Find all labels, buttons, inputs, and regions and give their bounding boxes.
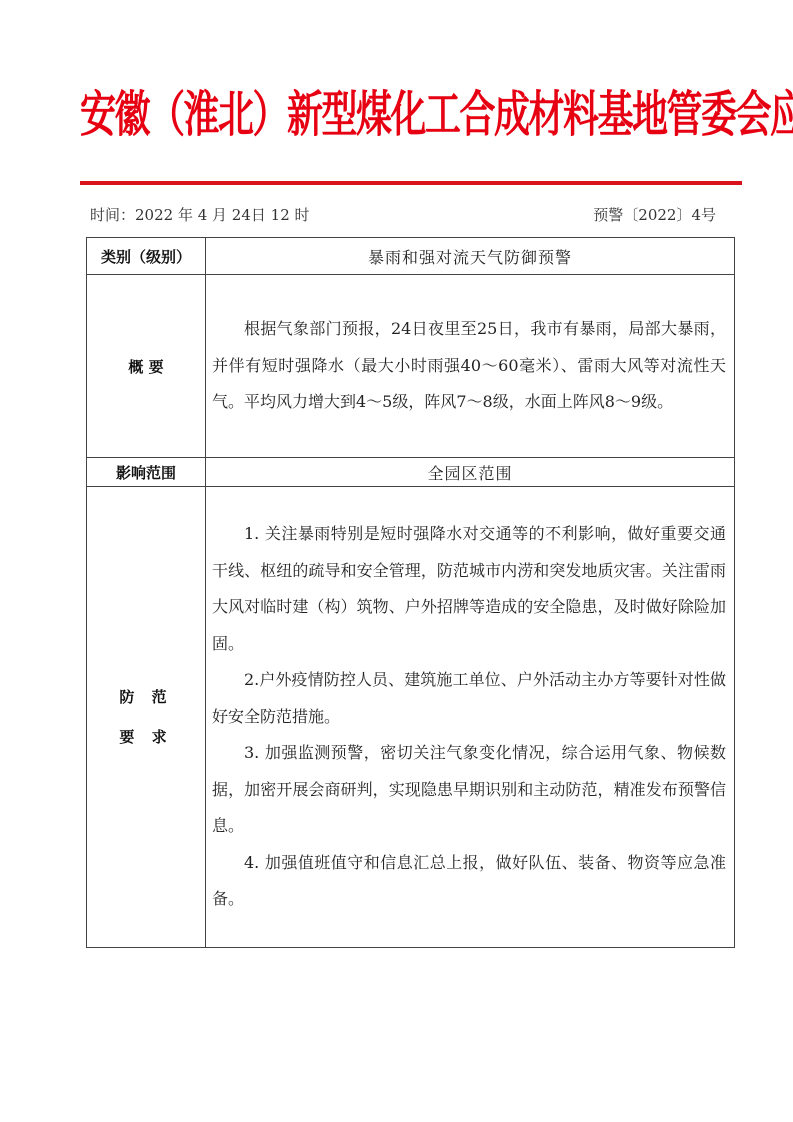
requirement-item: 1. 关注暴雨特别是短时强降水对交通等的不利影响，做好重要交通干线、枢纽的疏导和… [206,516,734,662]
warning-table: 类别（级别） 暴雨和强对流天气防御预警 概 要 根据气象部门预报，24日夜里至2… [86,237,735,948]
requirement-item: 4. 加强值班值守和信息汇总上报，做好队伍、装备、物资等应急准备。 [206,845,734,918]
requirements-row: 防 范 要 求 1. 关注暴雨特别是短时强降水对交通等的不利影响，做好重要交通干… [87,487,735,948]
document-number: 预警〔2022〕4号 [593,203,716,227]
red-divider [80,181,742,185]
summary-label: 概 要 [87,275,206,458]
requirement-item: 3. 加强监测预警，密切关注气象变化情况，综合运用气象、物候数据，加密开展会商研… [206,735,734,845]
requirements-label-line1: 防 范 [87,677,205,717]
scope-row: 影响范围 全园区范围 [87,458,735,487]
requirements-label-line2: 要 求 [87,717,205,757]
requirements-content: 1. 关注暴雨特别是短时强降水对交通等的不利影响，做好重要交通干线、枢纽的疏导和… [206,487,735,948]
masthead-title: 安徽（淮北）新型煤化工合成材料基地管委会应急管理局 [80,88,720,172]
summary-content: 根据气象部门预报，24日夜里至25日，我市有暴雨，局部大暴雨，并伴有短时强降水（… [206,275,735,458]
scope-value: 全园区范围 [206,458,735,487]
requirement-item: 2.户外疫情防控人员、建筑施工单位、户外活动主办方等要针对性做好安全防范措施。 [206,662,734,735]
summary-row: 概 要 根据气象部门预报，24日夜里至25日，我市有暴雨，局部大暴雨，并伴有短时… [87,275,735,458]
category-row: 类别（级别） 暴雨和强对流天气防御预警 [87,238,735,275]
category-value: 暴雨和强对流天气防御预警 [206,238,735,275]
issue-time: 时间：2022 年 4 月 24日 12 时 [90,203,310,227]
meta-row: 时间：2022 年 4 月 24日 12 时 预警〔2022〕4号 [90,203,716,227]
scope-label: 影响范围 [87,458,206,487]
summary-paragraph: 根据气象部门预报，24日夜里至25日，我市有暴雨，局部大暴雨，并伴有短时强降水（… [206,311,734,421]
category-label: 类别（级别） [87,238,206,275]
requirements-label: 防 范 要 求 [87,487,206,948]
